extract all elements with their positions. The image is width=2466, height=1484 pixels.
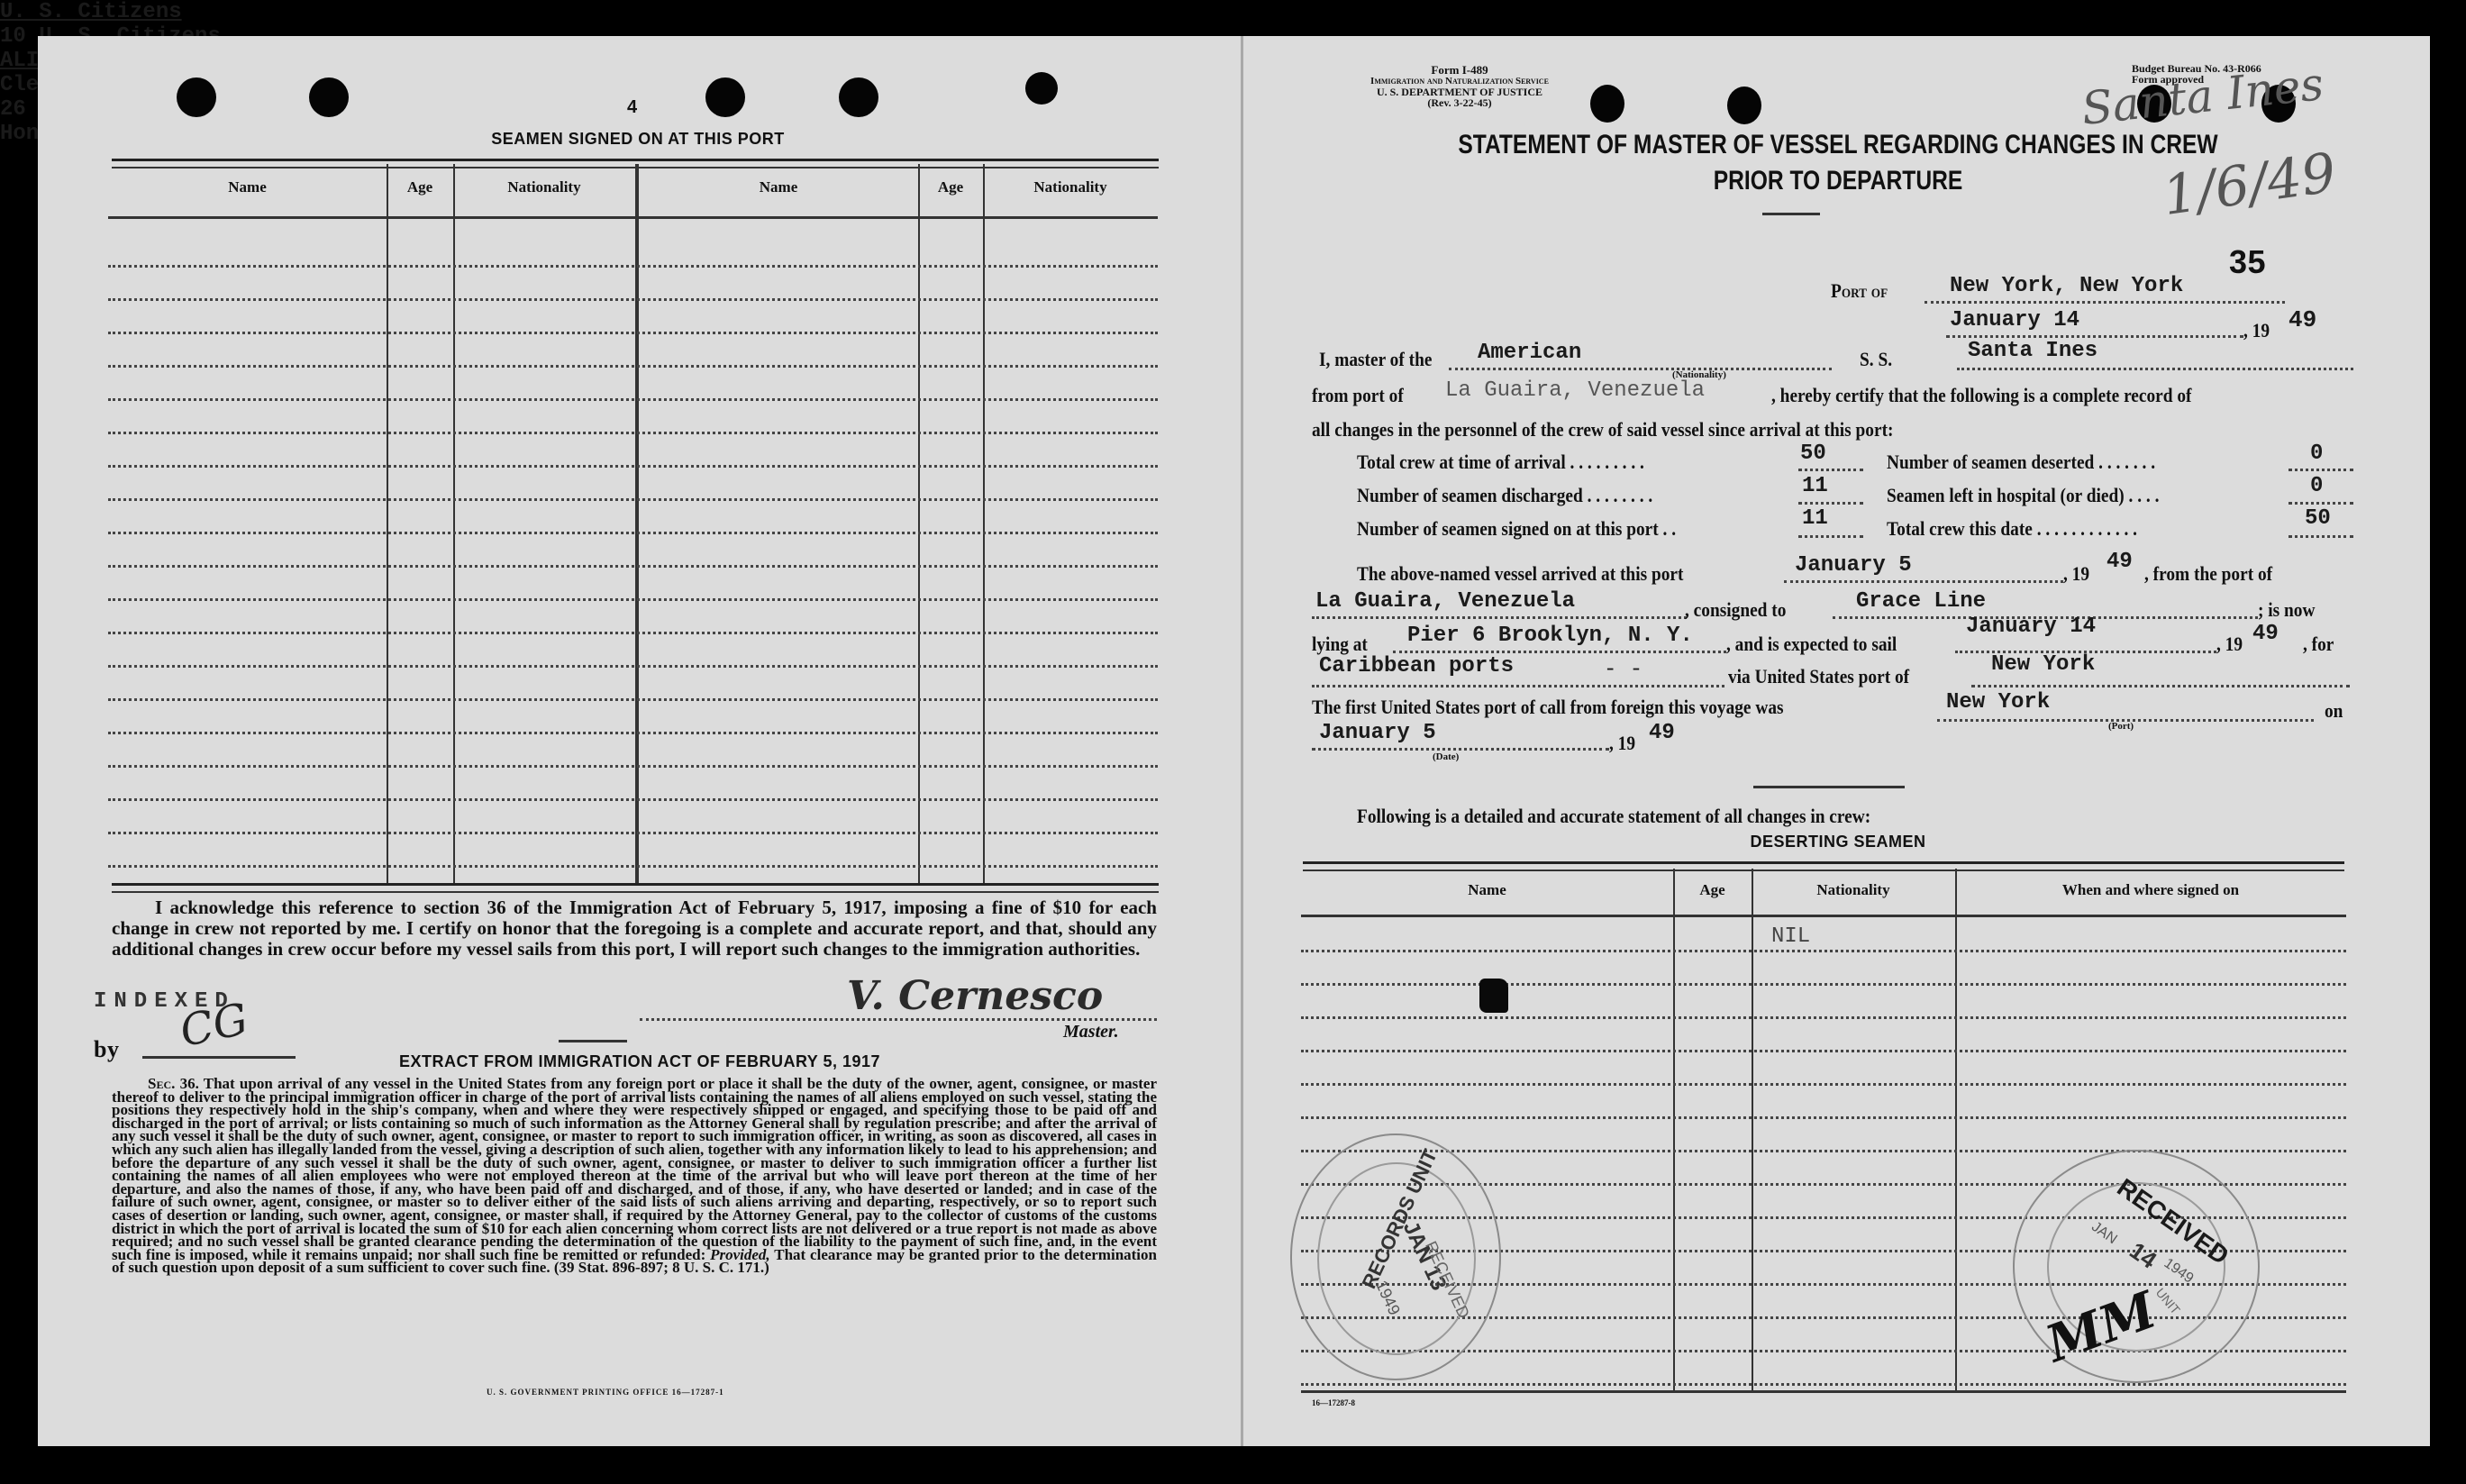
from-port-label: from port of bbox=[1312, 384, 1404, 407]
total-arrival-label: Total crew at time of arrival . . . . . … bbox=[1357, 451, 1644, 474]
first-port-year: 49 bbox=[1649, 721, 1675, 745]
row-line bbox=[108, 265, 1158, 268]
col-divider bbox=[983, 164, 985, 885]
form-number: Form I-489 bbox=[1315, 65, 1604, 76]
port-of-label: Port of bbox=[1831, 279, 1888, 303]
punch-hole bbox=[839, 77, 878, 117]
date-caption: (Date) bbox=[1433, 751, 1459, 762]
extract-title: EXTRACT FROM IMMIGRATION ACT OF FEBRUARY… bbox=[342, 1052, 937, 1071]
section-title: SEAMEN SIGNED ON AT THIS PORT bbox=[377, 130, 899, 149]
lying-at-value: Pier 6 Brooklyn, N. Y. bbox=[1407, 624, 1693, 648]
col-divider bbox=[918, 164, 920, 885]
row-line bbox=[1301, 1050, 2346, 1052]
first-port-date-line bbox=[1312, 748, 1609, 751]
arrived-date-line bbox=[1784, 580, 2063, 583]
via-port: New York bbox=[1991, 652, 2095, 677]
discharged-label: Number of seamen discharged . . . . . . … bbox=[1357, 484, 1652, 507]
port-of-value: New York, New York bbox=[1950, 274, 2183, 298]
deserted-label: Number of seamen deserted . . . . . . . bbox=[1887, 451, 2155, 474]
row-line bbox=[108, 698, 1158, 701]
printer-line: U. S. GOVERNMENT PRINTING OFFICE 16—1728… bbox=[487, 1388, 724, 1397]
row-line bbox=[108, 832, 1158, 834]
row-line bbox=[108, 532, 1158, 534]
col-header-age: Age bbox=[387, 178, 453, 196]
form-title-line1: STATEMENT OF MASTER OF VESSEL REGARDING … bbox=[1380, 130, 2297, 160]
master-of-label: I, master of the bbox=[1319, 348, 1432, 371]
row-line bbox=[108, 298, 1158, 301]
destination-dash: - - bbox=[1604, 658, 1642, 682]
indexed-by-line bbox=[142, 1056, 296, 1059]
port-of-line bbox=[1925, 301, 2285, 304]
col-divider bbox=[387, 164, 388, 885]
ss-label: S. S. bbox=[1860, 348, 1892, 371]
deserting-top-rule bbox=[1303, 861, 2344, 871]
col-divider bbox=[453, 164, 455, 885]
statement-date: January 14 bbox=[1950, 308, 2079, 332]
punch-hole bbox=[1025, 72, 1058, 105]
vessel-line bbox=[1957, 368, 2353, 370]
col-header-name: Name bbox=[108, 178, 387, 196]
col-header-nationality: Nationality bbox=[1752, 881, 1955, 899]
lying-at-line bbox=[1393, 651, 1726, 653]
col-divider-center bbox=[635, 164, 639, 885]
table-bottom-rule bbox=[112, 883, 1159, 893]
revision: (Rev. 3-22-45) bbox=[1315, 97, 1604, 108]
for-label: , for bbox=[2303, 633, 2334, 656]
from-the-port-label: , from the port of bbox=[2144, 562, 2272, 586]
stamp-ring-inner bbox=[1317, 1162, 1476, 1355]
statement-date-line bbox=[1946, 335, 2243, 338]
form-title-line2: PRIOR TO DEPARTURE bbox=[1380, 166, 2297, 196]
total-arrival-value: 50 bbox=[1800, 442, 1826, 466]
punch-hole bbox=[1727, 86, 1761, 124]
header-bottom-rule bbox=[108, 216, 1158, 219]
col-header-name: Name bbox=[1301, 881, 1673, 899]
row-line bbox=[1301, 1116, 2346, 1119]
year-prefix: , 19 bbox=[1609, 732, 1635, 755]
row-line bbox=[1301, 950, 2346, 952]
consigned-label: , consigned to bbox=[1685, 598, 1786, 622]
separator bbox=[559, 1040, 627, 1042]
row-line bbox=[1301, 1150, 2346, 1152]
arrived-year: 49 bbox=[2107, 550, 2133, 574]
form-id-block: Form I-489 Immigration and Naturalizatio… bbox=[1315, 65, 1604, 108]
row-line bbox=[108, 565, 1158, 568]
printer-line: 16—17287-8 bbox=[1312, 1398, 1355, 1407]
master-label: Master. bbox=[1063, 1022, 1119, 1042]
value-line bbox=[2289, 469, 2353, 471]
following-text: Following is a detailed and accurate sta… bbox=[1357, 805, 1870, 828]
row-line bbox=[108, 632, 1158, 634]
row-line bbox=[108, 798, 1158, 801]
value-line bbox=[2289, 502, 2353, 505]
consigned-to: Grace Line bbox=[1856, 589, 1986, 614]
section-separator bbox=[1753, 786, 1905, 788]
expected-label: , and is expected to sail bbox=[1726, 633, 1897, 656]
row-line bbox=[108, 732, 1158, 734]
value-line bbox=[1798, 469, 1863, 471]
row-line bbox=[108, 665, 1158, 668]
deserting-title: DESERTING SEAMEN bbox=[1676, 833, 2000, 851]
value-line bbox=[1798, 535, 1863, 538]
acknowledgement-text: I acknowledge this reference to section … bbox=[112, 897, 1157, 960]
row-line bbox=[108, 332, 1158, 334]
statement-year: 49 bbox=[2289, 306, 2316, 333]
nationality-value: American bbox=[1478, 341, 1581, 365]
deserting-header-rule bbox=[1301, 915, 2346, 917]
title-separator bbox=[1762, 213, 1820, 215]
first-port-date: January 5 bbox=[1319, 721, 1436, 745]
deserted-value: 0 bbox=[2310, 442, 2323, 466]
row-line bbox=[1301, 983, 2346, 986]
row-line bbox=[108, 365, 1158, 368]
hospital-label: Seamen left in hospital (or died) . . . … bbox=[1887, 484, 2159, 507]
page-number: 4 bbox=[627, 97, 638, 118]
signed-on-value: 11 bbox=[1802, 506, 1828, 531]
punch-hole bbox=[177, 77, 216, 117]
master-signature: V. Cernesco bbox=[847, 973, 1103, 1019]
row-line bbox=[108, 765, 1158, 768]
extract-body: That upon arrival of any vessel in the U… bbox=[112, 1075, 1157, 1263]
col-header-nationality: Nationality bbox=[453, 178, 635, 196]
from-port-value: La Guaira, Venezuela bbox=[1445, 378, 1705, 403]
on-label: on bbox=[2325, 699, 2343, 723]
row-line bbox=[108, 598, 1158, 601]
col-header-when-where: When and where signed on bbox=[1955, 881, 2346, 899]
arrived-from: La Guaira, Venezuela bbox=[1315, 589, 1575, 614]
port-caption: (Port) bbox=[2108, 721, 2134, 732]
lying-at-label: lying at bbox=[1312, 633, 1368, 656]
punch-hole bbox=[705, 77, 745, 117]
entry-nationality-nil: NIL bbox=[1771, 924, 1810, 949]
entry-us-citizens-heading: U. S. Citizens bbox=[0, 0, 2466, 24]
signed-on-label: Number of seamen signed on at this port … bbox=[1357, 517, 1676, 541]
extract-text: Sec. 36. That upon arrival of any vessel… bbox=[112, 1078, 1157, 1275]
year-prefix: , 19 bbox=[2063, 562, 2089, 586]
first-port-label: The first United States port of call fro… bbox=[1312, 696, 1784, 719]
indexed-by-label: by bbox=[94, 1036, 119, 1063]
signature-line bbox=[640, 1018, 1157, 1021]
row-line bbox=[108, 432, 1158, 434]
col-divider bbox=[1955, 869, 1957, 1391]
arrived-date: January 5 bbox=[1795, 553, 1912, 578]
changes-text: all changes in the personnel of the crew… bbox=[1312, 418, 1893, 442]
sail-year: 49 bbox=[2252, 622, 2279, 646]
certify-text: , hereby certify that the following is a… bbox=[1771, 384, 2192, 407]
stamped-number: 35 bbox=[2229, 243, 2266, 281]
page-fold bbox=[1241, 36, 1243, 1446]
destination-line bbox=[1312, 685, 1724, 687]
col-header-name: Name bbox=[639, 178, 918, 196]
row-line bbox=[1301, 1383, 2346, 1386]
ink-blot bbox=[1479, 979, 1508, 1013]
row-line bbox=[1301, 1083, 2346, 1086]
value-line bbox=[2289, 535, 2353, 538]
row-line bbox=[108, 498, 1158, 501]
total-date-value: 50 bbox=[2305, 506, 2331, 531]
destination: Caribbean ports bbox=[1319, 654, 1514, 678]
via-label: via United States port of bbox=[1728, 665, 1909, 688]
row-line bbox=[108, 865, 1158, 868]
discharged-value: 11 bbox=[1802, 474, 1828, 498]
row-line bbox=[108, 398, 1158, 401]
arrived-from-line bbox=[1312, 616, 1687, 619]
row-line bbox=[108, 465, 1158, 468]
col-header-age: Age bbox=[918, 178, 983, 196]
value-line bbox=[1798, 502, 1863, 505]
deserting-bottom-rule bbox=[1301, 1390, 2346, 1393]
row-line bbox=[1301, 1016, 2346, 1019]
sail-date: January 14 bbox=[1966, 615, 2096, 639]
col-header-nationality: Nationality bbox=[983, 178, 1158, 196]
is-now-label: ; is now bbox=[2258, 598, 2315, 622]
hospital-value: 0 bbox=[2310, 474, 2323, 498]
arrived-label: The above-named vessel arrived at this p… bbox=[1357, 562, 1683, 586]
year-prefix: , 19 bbox=[2216, 633, 2243, 656]
year-prefix: , 19 bbox=[2243, 319, 2270, 342]
col-divider bbox=[1673, 869, 1675, 1391]
col-divider bbox=[1752, 869, 1753, 1391]
nationality-line bbox=[1449, 368, 1832, 370]
punch-hole bbox=[309, 77, 349, 117]
vessel-name: Santa Ines bbox=[1968, 339, 2097, 363]
first-port: New York bbox=[1946, 690, 2050, 715]
via-line bbox=[1971, 685, 2350, 687]
total-date-label: Total crew this date . . . . . . . . . .… bbox=[1887, 517, 2137, 541]
col-header-age: Age bbox=[1673, 881, 1752, 899]
